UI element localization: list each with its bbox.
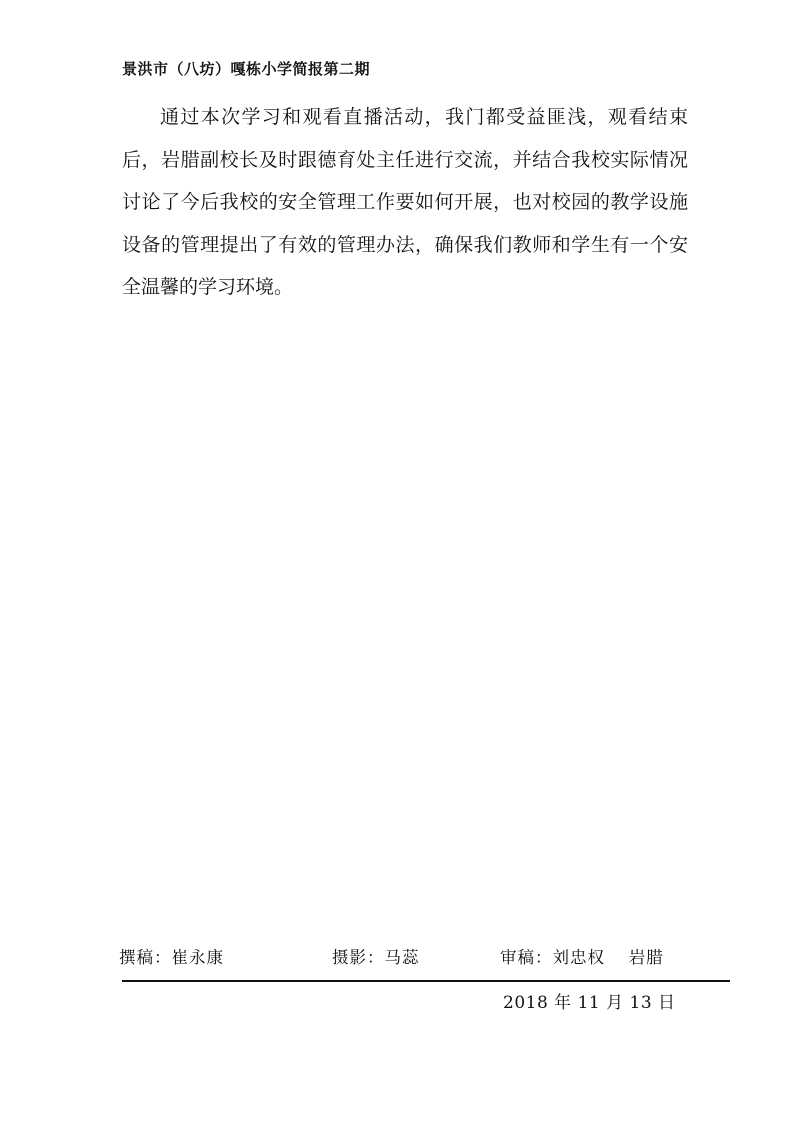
author-credit: 撰稿：崔永康: [119, 944, 224, 968]
credits-line: 撰稿：崔永康 摄影：马蕊 审稿：刘忠权 岩腊: [0, 944, 800, 972]
newsletter-title: 景洪市（八坊）嘎栋小学简报第二期: [122, 58, 370, 79]
footer-divider: [122, 980, 730, 982]
publish-date: 2018 年 11 月 13 日: [503, 988, 676, 1013]
article-paragraph: 通过本次学习和观看直播活动，我门都受益匪浅，观看结束后，岩腊副校长及时跟德育处主…: [122, 96, 688, 309]
reviewer-credit: 审稿：刘忠权 岩腊: [500, 944, 664, 968]
photographer-credit: 摄影：马蕊: [332, 944, 420, 968]
